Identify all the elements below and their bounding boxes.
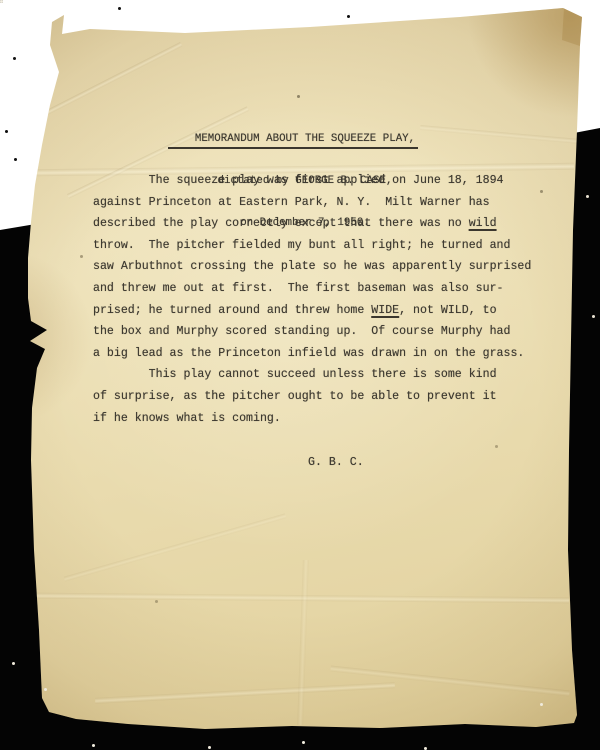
underlined-text: wild <box>469 217 497 230</box>
memo-signature: G. B. C. <box>308 452 364 474</box>
memo-paper-sheet: MEMORANDUM ABOUT THE SQUEEZE PLAY, dicta… <box>0 0 600 750</box>
text-segment: a big lead as the Princeton infield was … <box>93 347 524 360</box>
scan-canvas: MEMORANDUM ABOUT THE SQUEEZE PLAY, dicta… <box>0 0 600 750</box>
text-segment: the box and Murphy scored standing up. O… <box>93 325 510 338</box>
memo-title-line: MEMORANDUM ABOUT THE SQUEEZE PLAY, <box>0 132 600 146</box>
text-segment: of surprise, as the pitcher ought to be … <box>93 390 497 403</box>
memo-body: The squeeze play was first applied on Ju… <box>93 170 531 429</box>
folded-corner <box>556 6 586 48</box>
memo-line: prised; he turned around and threw home … <box>93 300 531 322</box>
paper-crease <box>64 513 286 581</box>
memo-line: throw. The pitcher fielded my bunt all r… <box>93 235 531 257</box>
dust-specks-light <box>0 0 3 3</box>
text-segment: saw Arbuthnot crossing the plate so he w… <box>93 260 531 273</box>
paper-crease <box>34 593 569 604</box>
memo-line: saw Arbuthnot crossing the plate so he w… <box>93 256 531 278</box>
text-segment: described the play correctly except that… <box>93 217 469 230</box>
text-segment: prised; he turned around and threw home <box>93 304 371 317</box>
paper-crease <box>330 665 569 696</box>
memo-line: The squeeze play was first applied on Ju… <box>93 170 531 192</box>
memo-line: a big lead as the Princeton infield was … <box>93 343 531 365</box>
underlined-text: WIDE <box>371 304 399 317</box>
text-segment: , not WILD, to <box>399 304 496 317</box>
paper-crease <box>95 682 395 704</box>
memo-line: against Princeton at Eastern Park, N. Y.… <box>93 192 531 214</box>
memo-line: This play cannot succeed unless there is… <box>93 364 531 386</box>
paper-crease <box>297 560 309 725</box>
memo-line: of surprise, as the pitcher ought to be … <box>93 386 531 408</box>
text-segment: throw. The pitcher fielded my bunt all r… <box>93 239 510 252</box>
memo-line: the box and Murphy scored standing up. O… <box>93 321 531 343</box>
text-segment: This play cannot succeed unless there is… <box>93 368 497 381</box>
title-underline-rule <box>168 147 418 149</box>
memo-line: and threw me out at first. The first bas… <box>93 278 531 300</box>
text-segment: if he knows what is coming. <box>93 412 281 425</box>
text-segment: and threw me out at first. The first bas… <box>93 282 504 295</box>
text-segment: The squeeze play was first applied on Ju… <box>93 174 504 187</box>
memo-line: described the play correctly except that… <box>93 213 531 235</box>
text-segment: against Princeton at Eastern Park, N. Y.… <box>93 196 490 209</box>
memo-line: if he knows what is coming. <box>93 408 531 430</box>
